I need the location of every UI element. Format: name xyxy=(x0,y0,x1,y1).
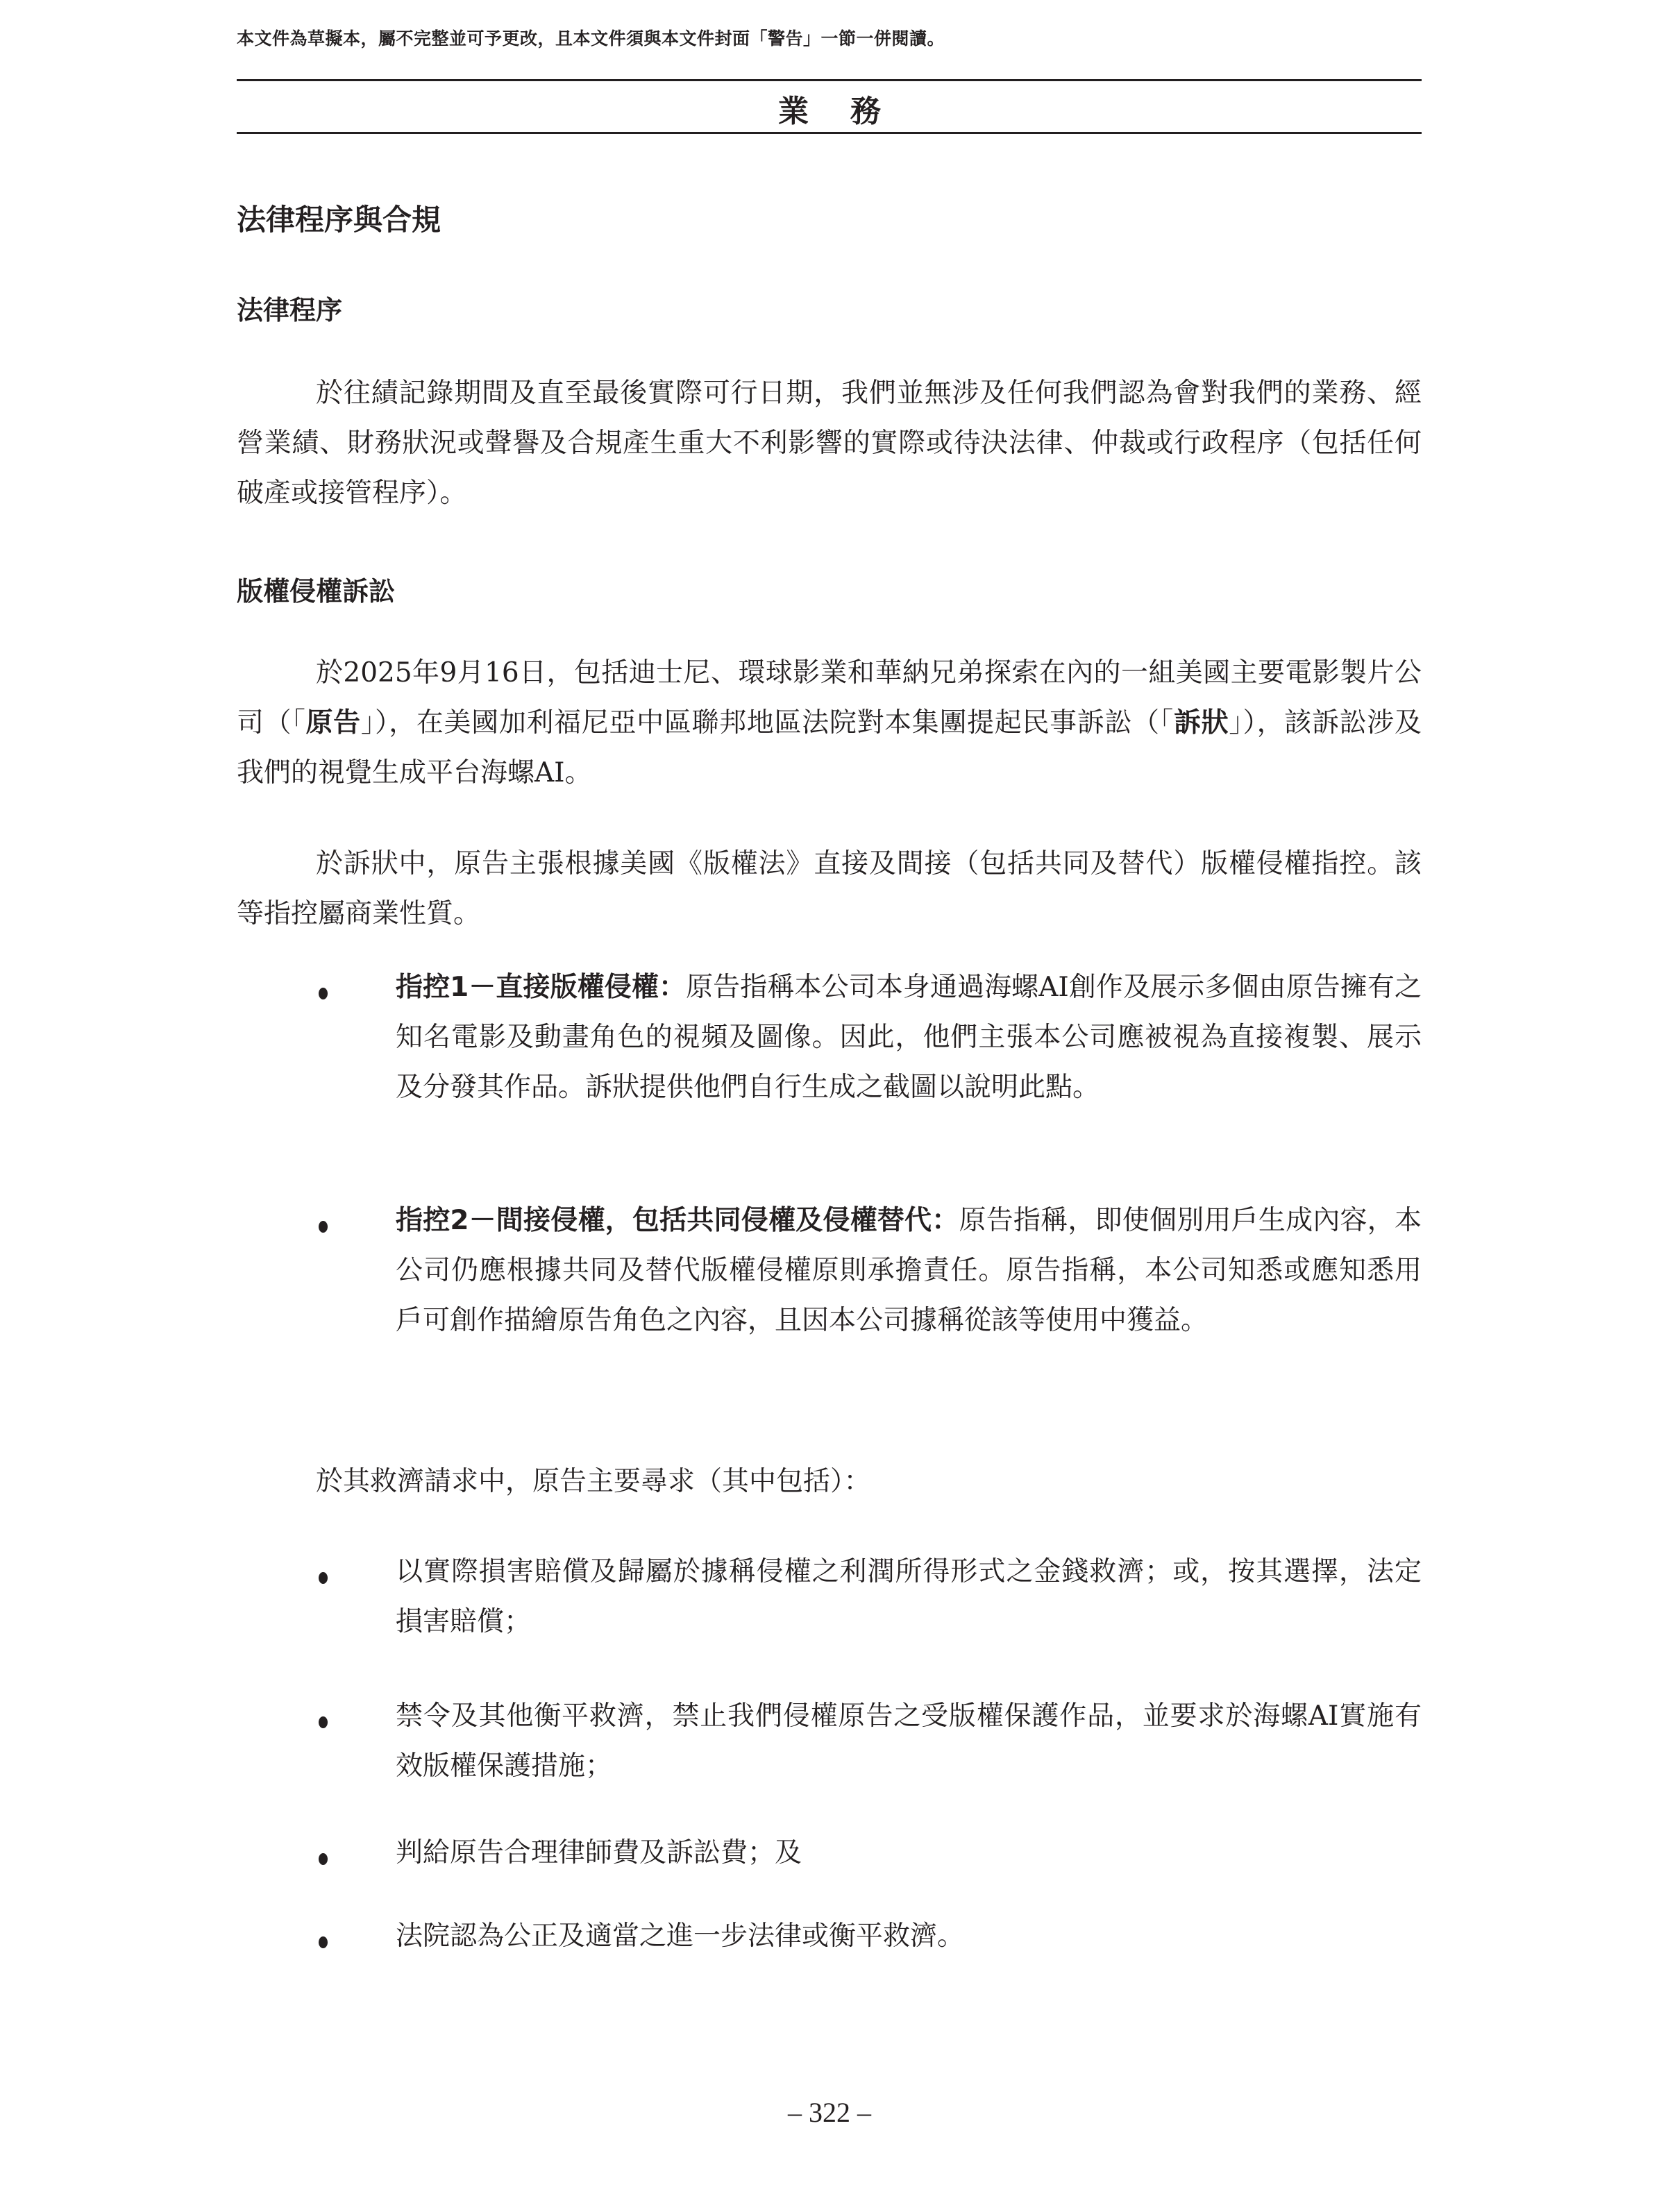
defined-term-plaintiffs: 原告 xyxy=(306,707,361,738)
relief-3-text: 判給原告合理律師費及訴訟費；及 xyxy=(396,1828,1422,1878)
relief-2-text: 禁令及其他衡平救濟，禁止我們侵權原告之受版權保護作品，並要求於海螺AI實施有效版… xyxy=(396,1691,1422,1791)
header-rule-top xyxy=(237,79,1422,81)
bullet-icon xyxy=(319,1853,328,1865)
bullet-icon xyxy=(319,1936,328,1948)
header-rule-bottom xyxy=(237,132,1422,134)
defined-term-complaint: 訴狀 xyxy=(1174,707,1229,738)
bullet-icon xyxy=(319,1716,328,1728)
heading-legal-compliance: 法律程序與合規 xyxy=(237,197,441,239)
bullet-icon xyxy=(319,1572,328,1584)
claim-2-text: 指控2－間接侵權，包括共同侵權及侵權替代：原告指稱，即使個別用戶生成內容，本公司… xyxy=(396,1196,1422,1346)
paragraph-claims-intro: 於訴狀中，原告主張根據美國《版權法》直接及間接（包括共同及替代）版權侵權指控。該… xyxy=(237,839,1422,939)
bullet-icon xyxy=(319,988,328,999)
bullet-icon xyxy=(319,1221,328,1233)
heading-copyright-lawsuit: 版權侵權訴訟 xyxy=(237,570,395,608)
page-number: – 322 – xyxy=(0,2096,1659,2129)
relief-4-text: 法院認為公正及適當之進一步法律或衡平救濟。 xyxy=(396,1911,1422,1961)
relief-1-text: 以實際損害賠償及歸屬於據稱侵權之利潤所得形式之金錢救濟；或，按其選擇，法定損害賠… xyxy=(396,1547,1422,1647)
claim-2-title: 指控2－間接侵權，包括共同侵權及侵權替代： xyxy=(396,1205,959,1236)
section-title: 業務 xyxy=(0,86,1659,130)
paragraph-relief-intro: 於其救濟請求中，原告主要尋求（其中包括）： xyxy=(316,1457,1422,1507)
draft-notice: 本文件為草擬本，屬不完整並可予更改，且本文件須與本文件封面「警告」一節一併閱讀。 xyxy=(237,25,945,50)
claim-1-title: 指控1－直接版權侵權： xyxy=(396,972,686,1003)
paragraph-lawsuit: 於2025年9月16日，包括迪士尼、環球影業和華納兄弟探索在內的一組美國主要電影… xyxy=(237,648,1422,798)
heading-legal-proceedings: 法律程序 xyxy=(237,289,342,327)
lawsuit-text-2: 」），在美國加利福尼亞中區聯邦地區法院對本集團提起民事訴訟（「 xyxy=(361,707,1174,738)
claim-1-text: 指控1－直接版權侵權：原告指稱本公司本身通過海螺AI創作及展示多個由原告擁有之知… xyxy=(396,963,1422,1113)
paragraph-legal-proceedings: 於往績記錄期間及直至最後實際可行日期，我們並無涉及任何我們認為會對我們的業務、經… xyxy=(237,369,1422,518)
